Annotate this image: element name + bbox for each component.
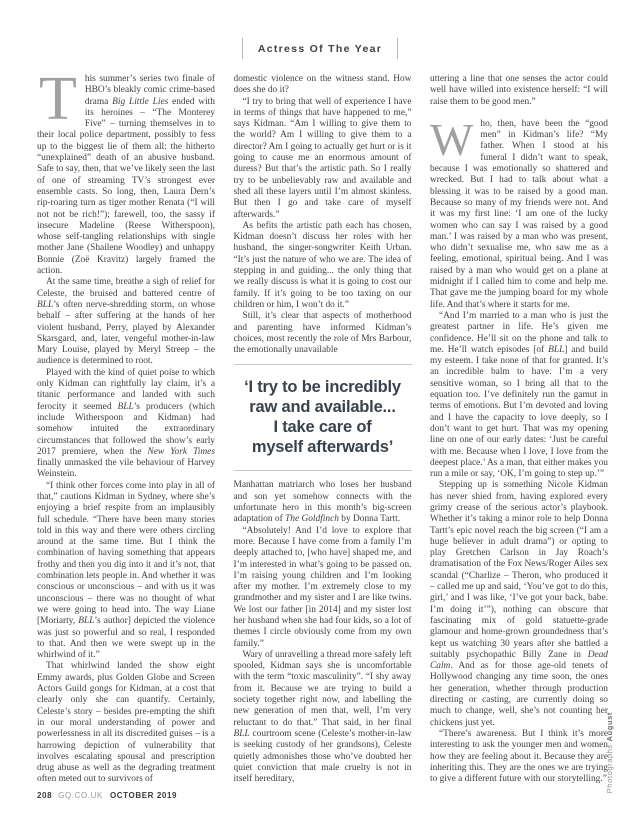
site-url: GQ.CO.UK [58, 791, 103, 800]
paragraph: domestic violence on the witness stand. … [234, 74, 412, 97]
photo-credit-label: Photographs [605, 744, 614, 793]
article-column-1: This summer’s series two finale of HBO’s… [37, 74, 215, 788]
paragraph: As befits the artistic path each has cho… [234, 221, 412, 311]
paragraph: Wary of unravelling a thread more safely… [234, 650, 412, 786]
paragraph: Played with the kind of quiet poise to w… [37, 368, 215, 481]
issue-date: OCTOBER 2019 [110, 791, 177, 800]
paragraph: “There’s awareness. But I think it’s mor… [430, 729, 608, 785]
article-column-3: uttering a line that one senses the acto… [430, 74, 608, 788]
paragraph: “Absolutely! And I’d love to explore tha… [234, 526, 412, 650]
pull-quote: ‘I try to be incrediblyraw and available… [234, 364, 412, 471]
paragraph: “I try to bring that well of experience … [234, 97, 412, 221]
paragraph: Stepping up is something Nicole Kidman h… [430, 480, 608, 729]
photographer-name: August [605, 712, 614, 741]
page-footer: 208GQ.CO.UKOCTOBER 2019 [37, 791, 177, 800]
page-number: 208 [37, 791, 52, 800]
paragraph: Still, it’s clear that aspects of mother… [234, 311, 412, 356]
paragraph: Manhattan matriarch who loses her husban… [234, 480, 412, 525]
paragraph: “And I’m married to a man who is just th… [430, 311, 608, 480]
paragraph: Who, then, have been the “good men” in K… [430, 119, 608, 311]
drop-cap: T [37, 74, 85, 123]
paragraph: That whirlwind landed the show eight Emm… [37, 661, 215, 785]
magazine-page: Actress Of The Year This summer’s series… [0, 0, 640, 829]
article-column-2: domestic violence on the witness stand. … [234, 74, 412, 788]
paragraph: “I think other forces come into play in … [37, 481, 215, 662]
section-header: Actress Of The Year [0, 38, 640, 59]
photo-credit: Photographs August [605, 712, 614, 793]
pull-quote-line: myself afterwards’ [234, 437, 412, 457]
pull-quote-line: I take care of [234, 417, 412, 437]
pull-quote-line: raw and available... [234, 397, 412, 417]
pull-quote-line: ‘I try to be incredibly [234, 377, 412, 397]
divider-bar [242, 38, 243, 59]
article-body: This summer’s series two finale of HBO’s… [37, 74, 608, 788]
paragraph: At the same time, breathe a sigh of reli… [37, 277, 215, 367]
section-title: Actress Of The Year [258, 43, 382, 55]
paragraph: This summer’s series two finale of HBO’s… [37, 74, 215, 277]
divider-bar [397, 38, 398, 59]
drop-cap: W [430, 119, 480, 158]
paragraph: uttering a line that one senses the acto… [430, 74, 608, 108]
